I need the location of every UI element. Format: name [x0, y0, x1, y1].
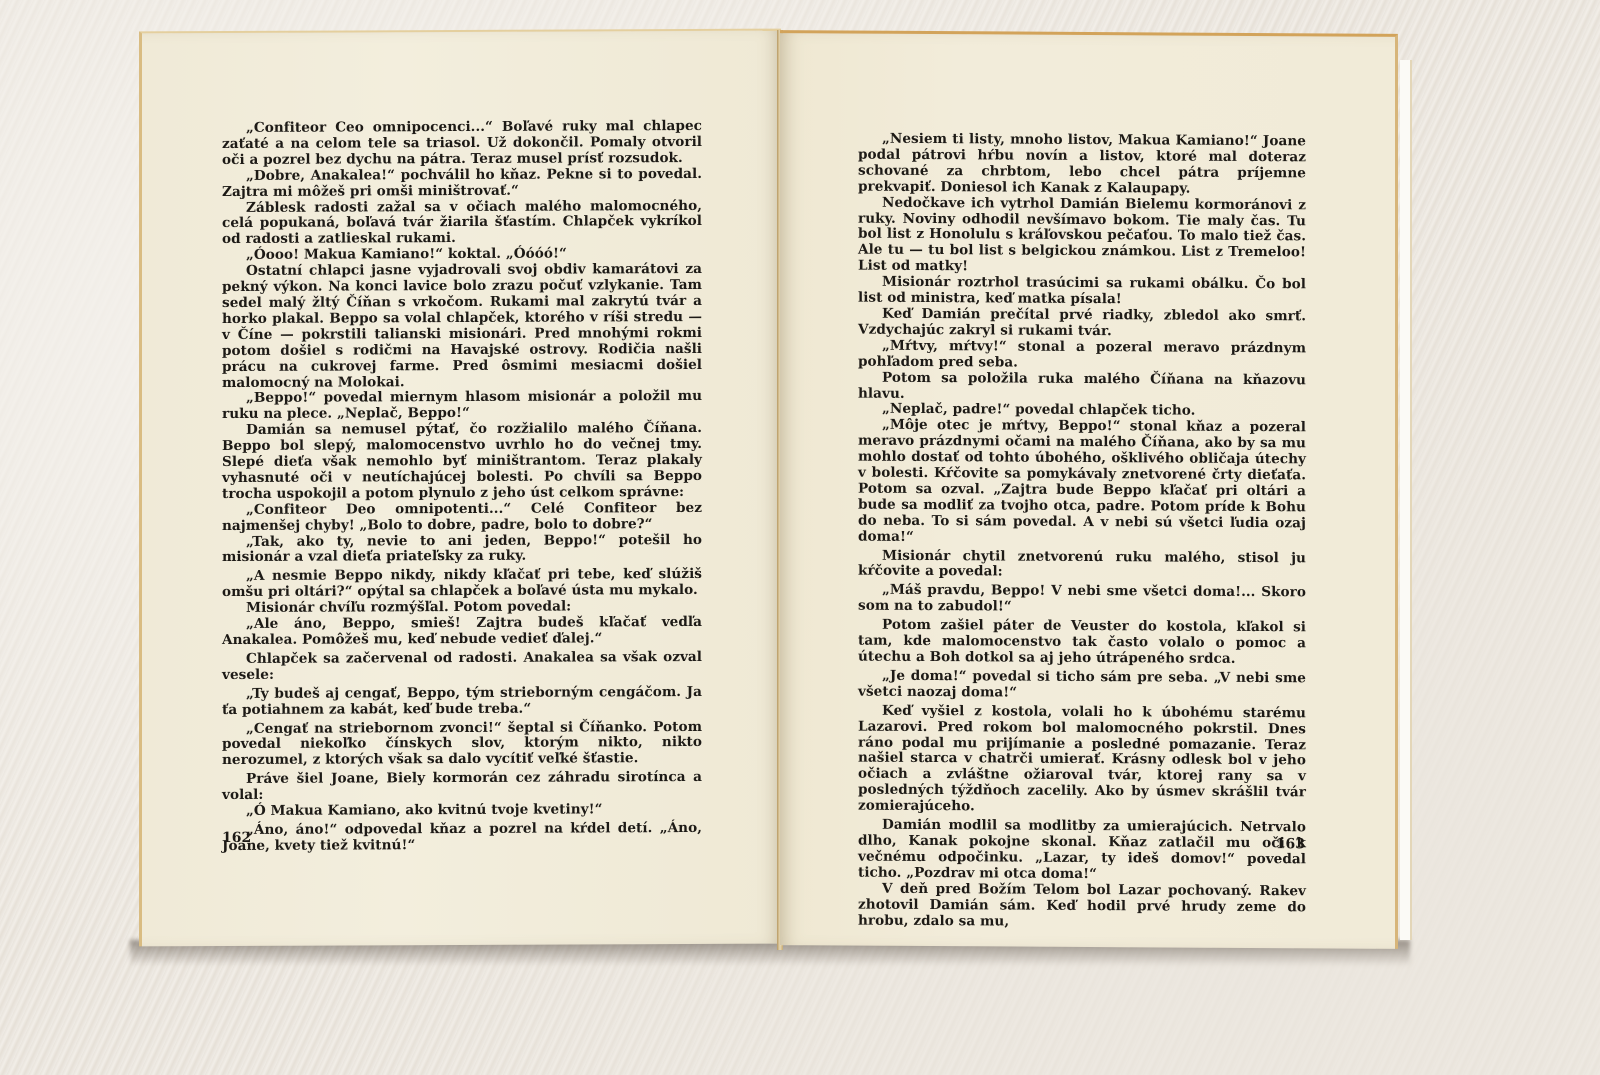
paragraph: Damián sa nemusel pýtať, čo rozžialilo m…: [222, 421, 702, 503]
paragraph: V deň pred Božím Telom bol Lazar pochova…: [858, 881, 1306, 931]
paragraph: Keď vyšiel z kostola, volali ho k úbohém…: [858, 703, 1306, 817]
right-page-text: „Nesiem ti listy, mnoho listov, Makua Ka…: [858, 132, 1306, 932]
paragraph: Keď Damián prečítal prvé riadky, zbledol…: [858, 307, 1306, 342]
page-block-edge: [1400, 60, 1412, 940]
paragraph: Misionár roztrhol trasúcimi sa rukami ob…: [858, 275, 1306, 310]
paragraph: Nedočkave ich vytrhol Damián Bielemu kor…: [858, 195, 1306, 277]
paragraph: Misionár chytil znetvorenú ruku malého, …: [858, 548, 1306, 583]
page-number: 163: [1276, 836, 1305, 852]
paragraph: Záblesk radosti zažal sa v očiach malého…: [222, 198, 702, 248]
right-page: „Nesiem ti listy, mnoho listov, Makua Ka…: [780, 30, 1398, 949]
paragraph: Práve šiel Joane, Biely kormorán cez záh…: [222, 770, 702, 804]
paragraph: „Ale áno, Beppo, smieš! Zajtra budeš kľa…: [222, 615, 702, 649]
paragraph: „Tak, ako ty, nevie to ani jeden, Beppo!…: [222, 533, 702, 567]
paragraph: „Máš pravdu, Beppo! V nebi sme všetci do…: [858, 583, 1306, 618]
paragraph: „Ó Makua Kamiano, ako kvitnú tvoje kveti…: [222, 802, 702, 820]
page-number: 162: [222, 830, 251, 846]
paragraph: „Beppo!“ povedal miernym hlasom misionár…: [222, 389, 702, 423]
paragraph: „Confiteor Ceo omnipocenci...“ Boľavé ru…: [222, 119, 702, 169]
paragraph: „Ty budeš aj cengať, Beppo, tým striebor…: [222, 685, 702, 719]
paragraph: „Je doma!“ povedal si ticho sám pre seba…: [858, 668, 1306, 703]
paragraph: Potom sa položila ruka malého Číňana na …: [858, 370, 1306, 405]
paragraph: „A nesmie Beppo nikdy, nikdy kľačať pri …: [222, 567, 702, 601]
paragraph: „Confiteor Deo omnipotenti...“ Celé Conf…: [222, 501, 702, 535]
paragraph: „Nesiem ti listy, mnoho listov, Makua Ka…: [858, 132, 1306, 198]
paragraph: „Mŕtvy, mŕtvy!“ stonal a pozeral meravo …: [858, 338, 1306, 373]
left-page: „Confiteor Ceo omnipocenci...“ Boľavé ru…: [139, 29, 781, 947]
paragraph: Damián modlil sa modlitby za umierajúcic…: [858, 818, 1306, 884]
paragraph: „Môje otec je mŕtvy, Beppo!“ stonal kňaz…: [858, 418, 1306, 548]
paragraph: „Cengať na striebornom zvonci!“ šeptal s…: [222, 719, 702, 769]
paragraph: Potom zašiel páter de Veuster do kostola…: [858, 618, 1306, 668]
left-page-text: „Confiteor Ceo omnipocenci...“ Boľavé ru…: [222, 119, 702, 855]
paragraph: „Dobre, Anakalea!“ pochválil ho kňaz. Pe…: [222, 167, 702, 201]
paragraph: Ostatní chlapci jasne vyjadrovali svoj o…: [222, 262, 702, 391]
paragraph: „Áno, áno!“ odpovedal kňaz a pozrel na k…: [222, 821, 702, 855]
paragraph: Chlapček sa začervenal od radosti. Anaka…: [222, 650, 702, 684]
